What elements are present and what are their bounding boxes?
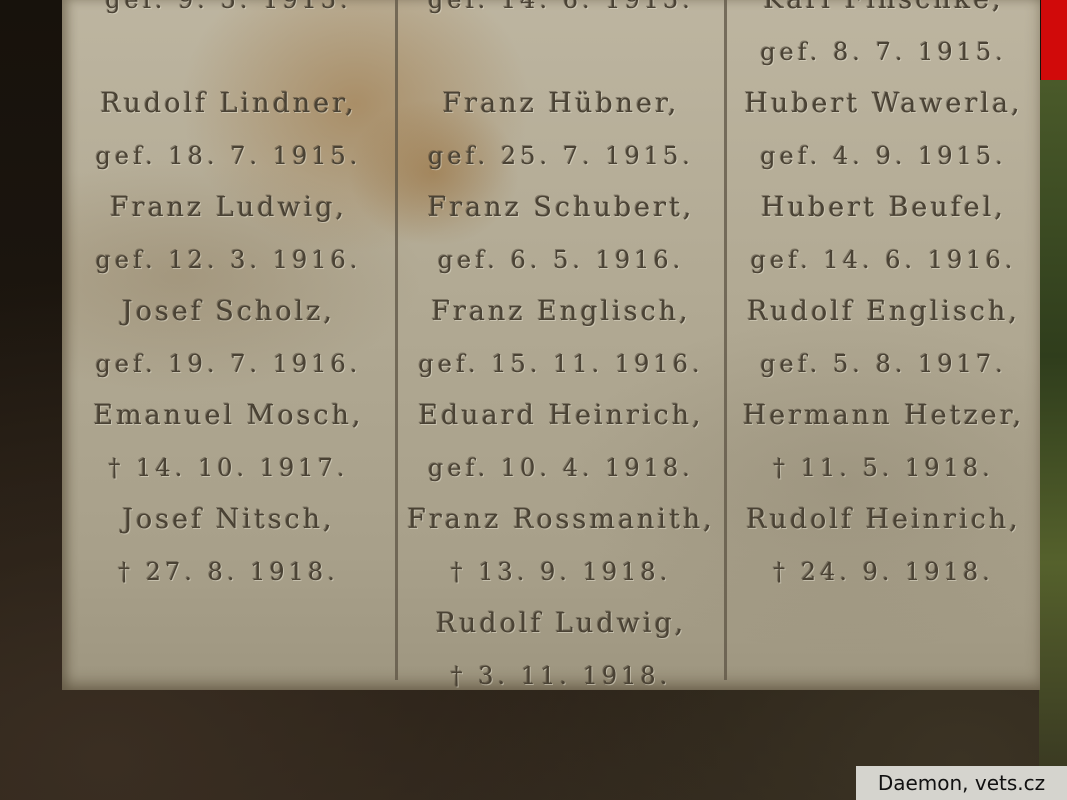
death-date: gef. 25. 7. 1915. [398, 130, 724, 182]
death-date: gef. 12. 3. 1916. [62, 234, 395, 286]
memorial-entry: Franz Englisch, gef. 15. 11. 1916. [398, 286, 724, 390]
death-date: gef. 18. 7. 1915. [62, 130, 395, 182]
death-date: gef. 4. 9. 1915. [727, 130, 1040, 182]
death-date: † 13. 9. 1918. [398, 546, 724, 598]
soldier-name: Franz Rossmanith, [398, 494, 724, 546]
memorial-entry: Emanuel Mosch, † 14. 10. 1917. [62, 390, 395, 494]
soldier-name: Rudolf Heinrich, [727, 494, 1040, 546]
memorial-entry: Karl Finschke, gef. 8. 7. 1915. [727, 0, 1040, 78]
memorial-entry: Josef Scholz, gef. 19. 7. 1916. [62, 286, 395, 390]
soldier-name: Emanuel Mosch, [62, 390, 395, 442]
memorial-entry: Rudolf Heinrich, † 24. 9. 1918. [727, 494, 1040, 598]
death-date: gef. 10. 4. 1918. [398, 442, 724, 494]
memorial-entry: Franz Ludwig, gef. 12. 3. 1916. [62, 182, 395, 286]
photo-credit-watermark: Daemon, vets.cz [856, 766, 1067, 800]
names-column-2: gef. 14. 6. 1915. Franz Hübner, gef. 25.… [398, 0, 724, 702]
death-date: gef. 6. 5. 1916. [398, 234, 724, 286]
soldier-name: Hermann Hetzer, [727, 390, 1040, 442]
soldier-name: Franz Hübner, [398, 78, 724, 130]
red-object-corner [1041, 0, 1067, 80]
soldier-name: Karl Finschke, [727, 0, 1040, 26]
death-date: gef. 5. 8. 1917. [727, 338, 1040, 390]
death-date: gef. 15. 11. 1916. [398, 338, 724, 390]
memorial-entry: Eduard Heinrich, gef. 10. 4. 1918. [398, 390, 724, 494]
soldier-name: Hubert Beufel, [727, 182, 1040, 234]
soldier-name: Franz Ludwig, [62, 182, 395, 234]
death-date: gef. 9. 5. 1915. [62, 0, 395, 26]
memorial-entry: Hubert Beufel, gef. 14. 6. 1916. [727, 182, 1040, 286]
memorial-entry: Rudolf Englisch, gef. 5. 8. 1917. [727, 286, 1040, 390]
death-date: † 11. 5. 1918. [727, 442, 1040, 494]
death-date: gef. 8. 7. 1915. [727, 26, 1040, 78]
soldier-name: Hubert Wawerla, [727, 78, 1040, 130]
soldier-name: Rudolf Ludwig, [398, 598, 724, 650]
memorial-entry: Franz Schubert, gef. 6. 5. 1916. [398, 182, 724, 286]
soldier-name: Josef Nitsch, [62, 494, 395, 546]
memorial-entry: gef. 14. 6. 1915. [398, 0, 724, 78]
memorial-entry: gef. 9. 5. 1915. [62, 0, 395, 78]
soldier-name: Franz Schubert, [398, 182, 724, 234]
soldier-name: Eduard Heinrich, [398, 390, 724, 442]
death-date: † 27. 8. 1918. [62, 546, 395, 598]
death-date: gef. 14. 6. 1915. [398, 0, 724, 26]
memorial-entry: Hermann Hetzer, † 11. 5. 1918. [727, 390, 1040, 494]
memorial-entry: Rudolf Ludwig, † 3. 11. 1918. [398, 598, 724, 702]
memorial-entry: Hubert Wawerla, gef. 4. 9. 1915. [727, 78, 1040, 182]
soldier-name: Rudolf Lindner, [62, 78, 395, 130]
names-column-1: gef. 9. 5. 1915. Rudolf Lindner, gef. 18… [62, 0, 395, 598]
death-date: gef. 19. 7. 1916. [62, 338, 395, 390]
names-column-3: Karl Finschke, gef. 8. 7. 1915. Hubert W… [727, 0, 1040, 598]
memorial-entry: Rudolf Lindner, gef. 18. 7. 1915. [62, 78, 395, 182]
soldier-name: Franz Englisch, [398, 286, 724, 338]
soldier-name: Rudolf Englisch, [727, 286, 1040, 338]
memorial-stone: gef. 9. 5. 1915. Rudolf Lindner, gef. 18… [62, 0, 1040, 690]
memorial-entry: Franz Hübner, gef. 25. 7. 1915. [398, 78, 724, 182]
death-date: † 14. 10. 1917. [62, 442, 395, 494]
death-date: † 3. 11. 1918. [398, 650, 724, 702]
grass-edge [1039, 80, 1067, 770]
soldier-name: Josef Scholz, [62, 286, 395, 338]
memorial-entry: Franz Rossmanith, † 13. 9. 1918. [398, 494, 724, 598]
death-date: † 24. 9. 1918. [727, 546, 1040, 598]
death-date: gef. 14. 6. 1916. [727, 234, 1040, 286]
memorial-entry: Josef Nitsch, † 27. 8. 1918. [62, 494, 395, 598]
